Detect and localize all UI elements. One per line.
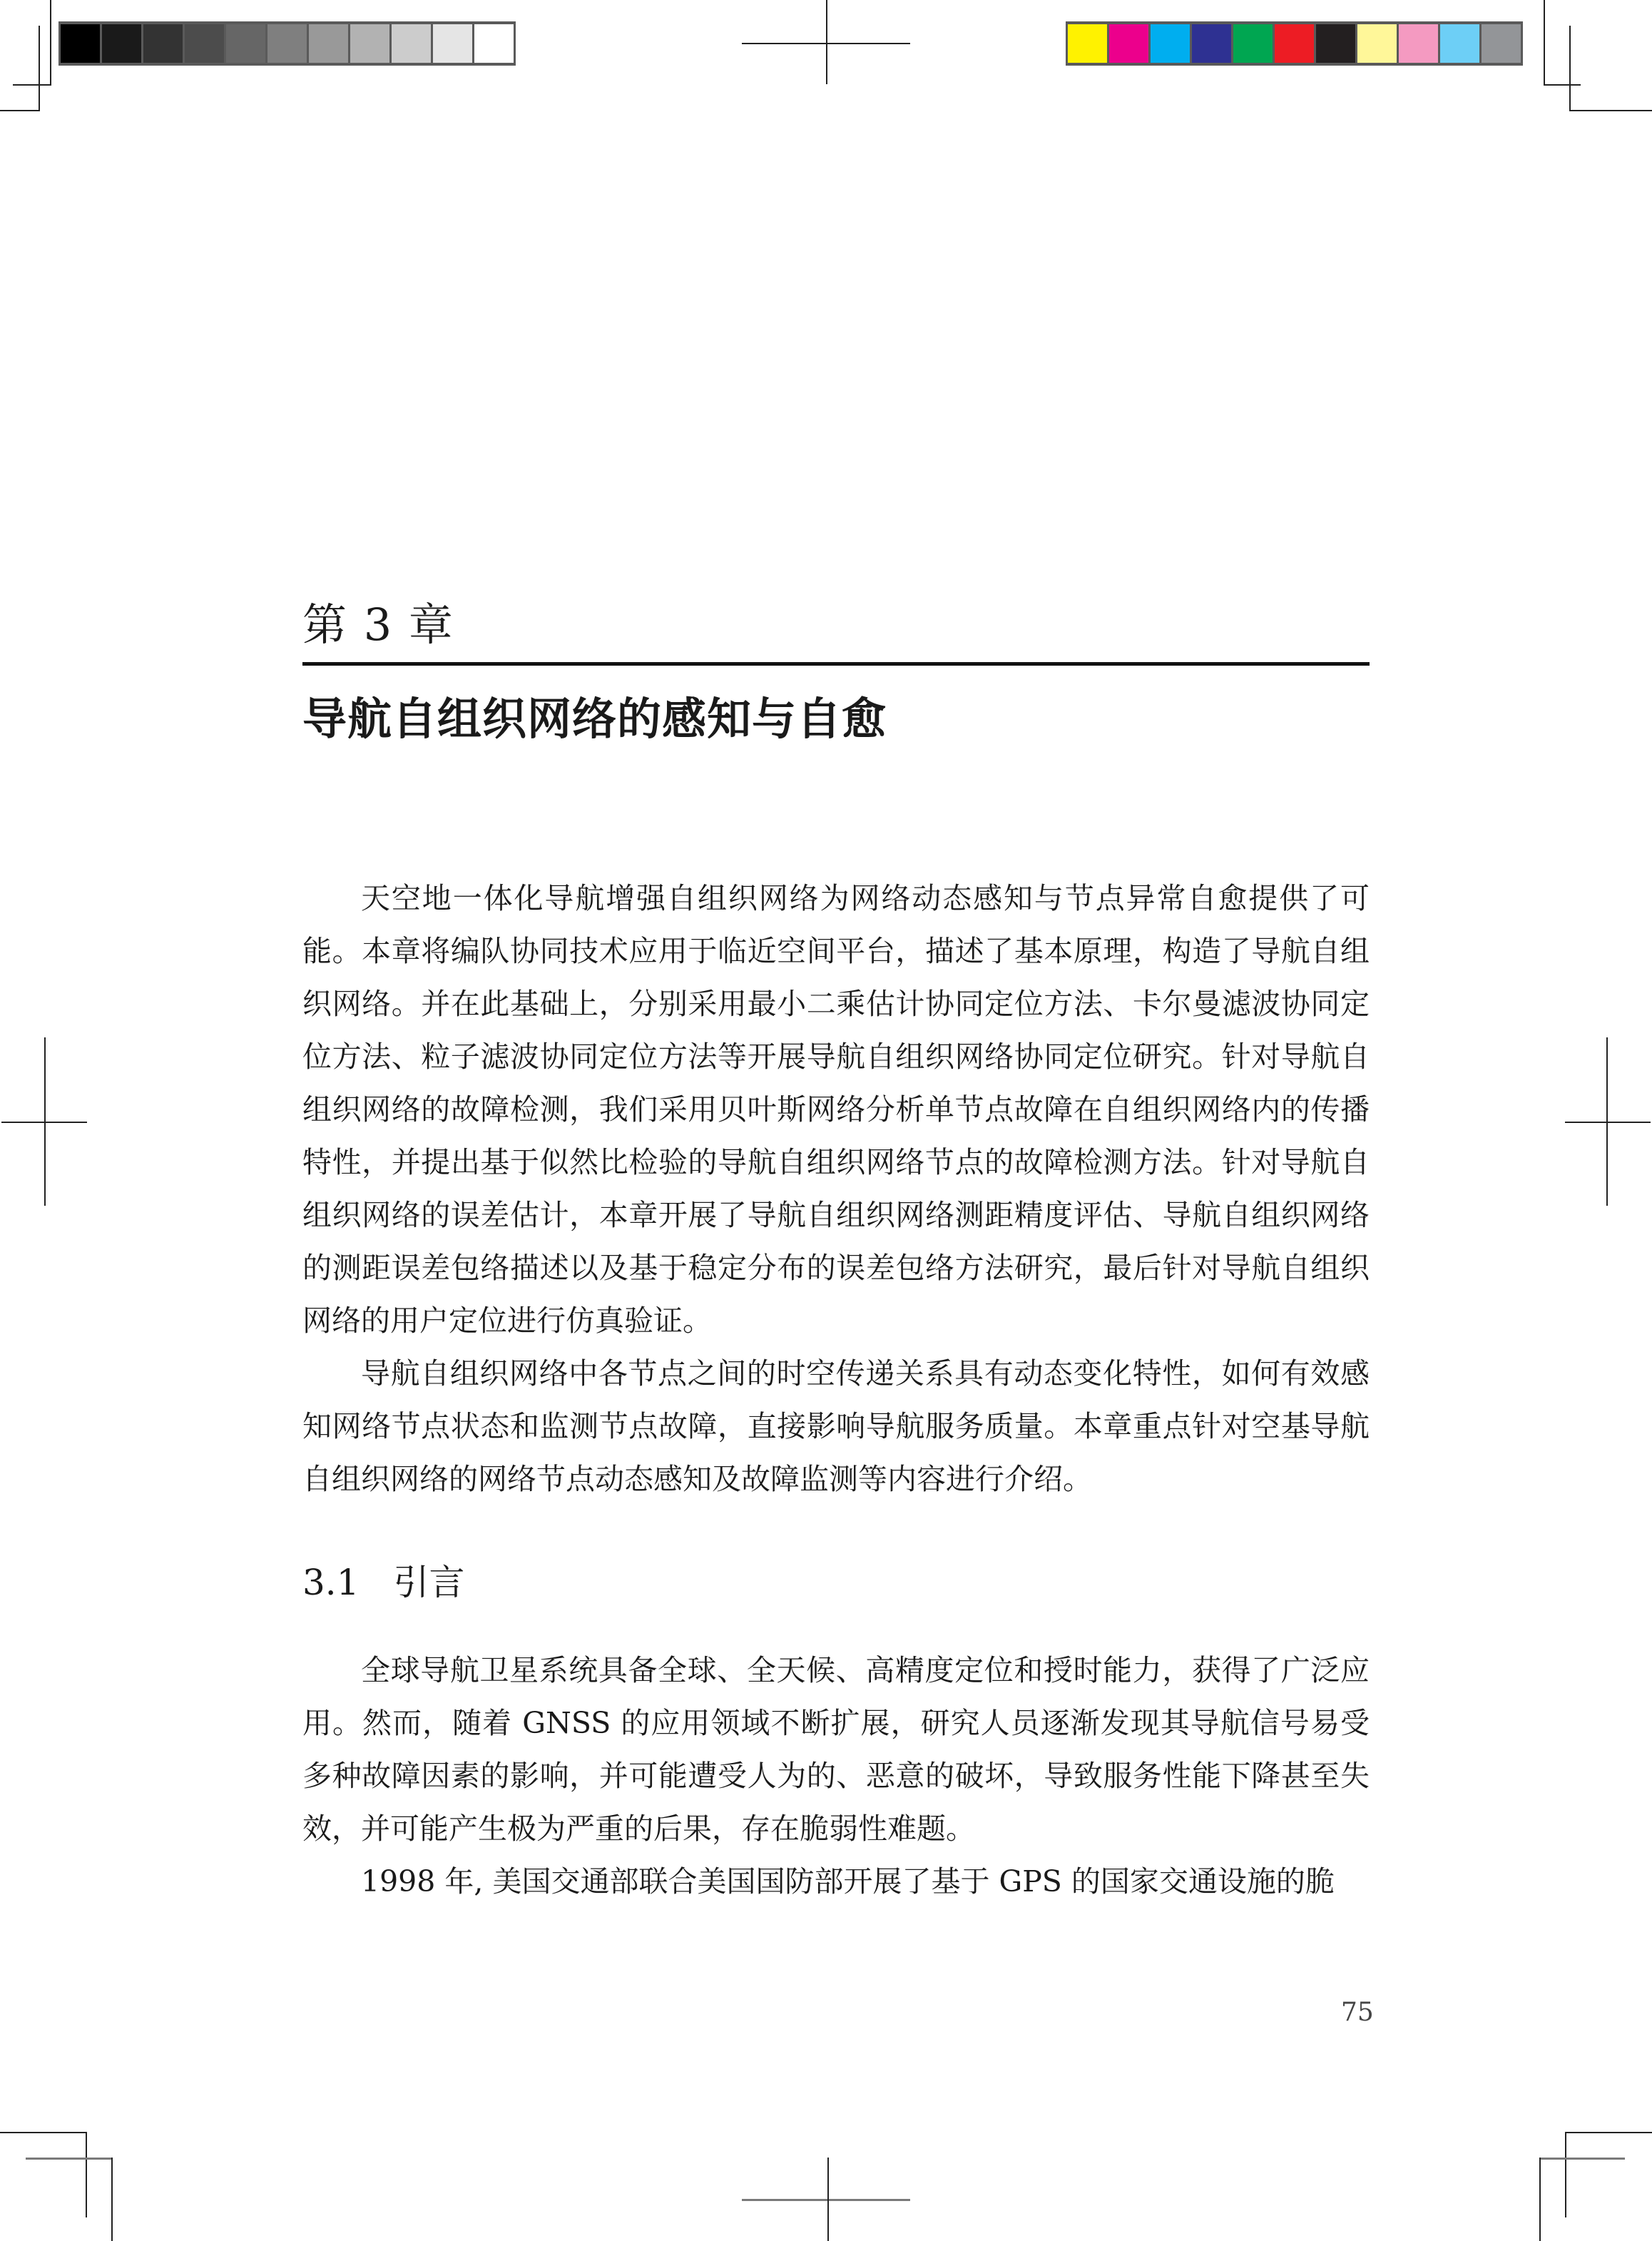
color-patch (102, 24, 141, 63)
paragraph: 导航自组织网络中各节点之间的时空传递关系具有动态变化特性，如何有效感知网络节点状… (302, 1347, 1370, 1505)
color-patch (1192, 24, 1231, 63)
chapter-title: 导航自组织网络的感知与自愈 (302, 684, 887, 747)
color-patch (350, 24, 389, 63)
color-patch (392, 24, 431, 63)
grayscale-calibration-bar (58, 21, 516, 66)
paragraph: 天空地一体化导航增强自组织网络为网络动态感知与节点异常自愈提供了可能。本章将编队… (302, 872, 1370, 1347)
section-heading: 3.1引言 (302, 1554, 465, 1605)
color-patch (267, 24, 307, 63)
chapter-divider (302, 662, 1370, 666)
color-patch (1399, 24, 1438, 63)
paragraph: 1998 年, 美国交通部联合美国国防部开展了基于 GPS 的国家交通设施的脆 (302, 1855, 1370, 1908)
color-patch (1275, 24, 1314, 63)
color-patch (1109, 24, 1148, 63)
color-patch (143, 24, 183, 63)
color-patch (433, 24, 472, 63)
chapter-intro: 天空地一体化导航增强自组织网络为网络动态感知与节点异常自愈提供了可能。本章将编队… (302, 872, 1370, 1505)
color-patch (1068, 24, 1107, 63)
paragraph: 全球导航卫星系统具备全球、全天候、高精度定位和授时能力，获得了广泛应用。然而，随… (302, 1644, 1370, 1855)
section-number: 3.1 (302, 1562, 360, 1603)
color-patch (61, 24, 100, 63)
color-patch (185, 24, 224, 63)
color-patch (226, 24, 265, 63)
color-patch (1233, 24, 1273, 63)
color-calibration-bar (1066, 21, 1523, 66)
color-patch (309, 24, 348, 63)
color-patch (1440, 24, 1479, 63)
color-patch (1357, 24, 1397, 63)
color-patch (1482, 24, 1521, 63)
color-patch (1151, 24, 1190, 63)
chapter-label: 第 3 章 (302, 589, 454, 653)
section-body: 全球导航卫星系统具备全球、全天候、高精度定位和授时能力，获得了广泛应用。然而，随… (302, 1644, 1370, 1908)
page-number: 75 (1341, 1998, 1374, 2027)
color-patch (1316, 24, 1355, 63)
section-title: 引言 (394, 1562, 465, 1603)
color-patch (474, 24, 514, 63)
